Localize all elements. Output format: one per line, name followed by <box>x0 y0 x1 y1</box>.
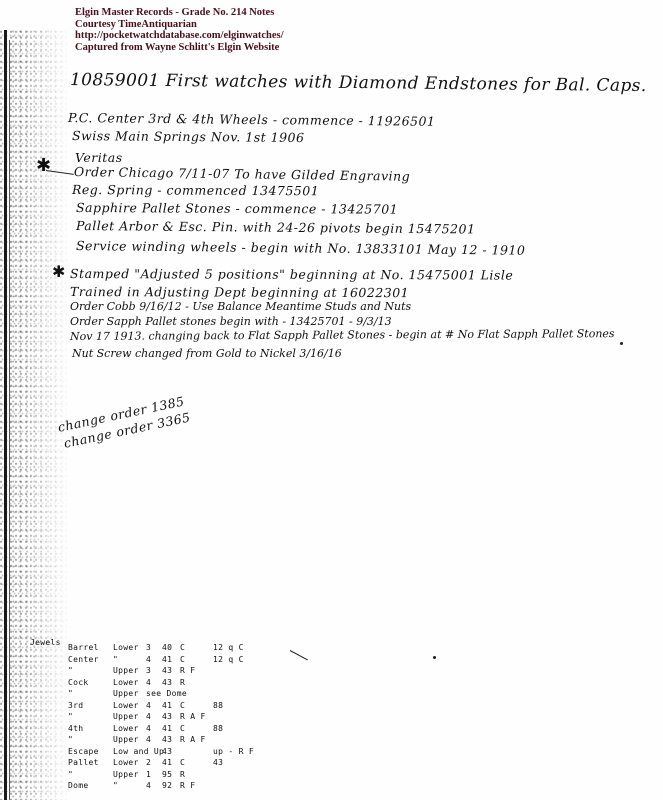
jewel-table-cell: Barrel <box>68 643 99 652</box>
note-line: Reg. Spring - commenced 13475501 <box>72 182 319 198</box>
jewel-table-cell: Dome <box>68 781 88 790</box>
note-line: Order Sapph Pallet stones begin with - 1… <box>70 315 392 328</box>
note-line: Sapphire Pallet Stones - commence - 1342… <box>76 200 398 217</box>
jewel-table-cell: R F <box>180 666 195 675</box>
document-header: Elgin Master Records - Grade No. 214 Not… <box>75 7 284 53</box>
header-source: Captured from Wayne Schlitt's Elgin Webs… <box>75 42 284 54</box>
jewel-table-cell: 43 <box>213 758 223 767</box>
jewel-table-cell: Lower <box>113 701 139 710</box>
jewel-table-cell: 4 <box>146 735 151 744</box>
jewel-table-cell: " <box>68 770 73 779</box>
jewel-table-cell: Upper <box>113 735 139 744</box>
jewel-table-cell: Lower <box>113 758 139 767</box>
jewel-table-cell: 92 <box>162 781 172 790</box>
jewel-table-cell: 12 q C <box>213 643 244 652</box>
jewel-table-cell: 3 <box>146 643 151 652</box>
jewel-table-cell: 41 <box>162 701 172 710</box>
jewel-table-cell: 4th <box>68 724 83 733</box>
jewel-table-cell: 95 <box>162 770 172 779</box>
jewel-table-cell: " <box>68 735 73 744</box>
jewel-table-cell: Upper <box>113 770 139 779</box>
jewel-table-cell: R A F <box>180 712 206 721</box>
jewel-table-cell: 40 <box>162 643 172 652</box>
jewel-table-cell: 12 q C <box>213 655 244 664</box>
jewel-table-cell: R F <box>180 781 195 790</box>
jewel-table-cell: C <box>180 701 185 710</box>
jewel-table-cell: 4 <box>146 712 151 721</box>
jewel-table-cell: 1 <box>146 770 151 779</box>
stray-dot <box>620 342 623 345</box>
jewel-table-cell: 4 <box>146 678 151 687</box>
header-url: http://pocketwatchdatabase.com/elginwatc… <box>75 30 284 42</box>
jewel-table-cell: Upper <box>113 712 139 721</box>
note-line: Order Chicago 7/11-07 To have Gilded Eng… <box>74 164 410 184</box>
asterisk-mark-icon: ✱ <box>36 155 51 176</box>
jewel-table-cell: 41 <box>162 655 172 664</box>
jewel-table-cell: " <box>113 655 118 664</box>
note-line: Stamped "Adjusted 5 positions" beginning… <box>70 266 513 283</box>
jewel-table-cell: see Dome <box>146 689 187 698</box>
jewel-table-cell: 3rd <box>68 701 83 710</box>
header-credit: Courtesy TimeAntiquarian <box>75 19 284 31</box>
jewel-table-cell: " <box>68 689 73 698</box>
jewel-table-cell: 43 <box>162 678 172 687</box>
jewel-table-cell: 41 <box>162 758 172 767</box>
note-line: Nov 17 1913. changing back to Flat Sapph… <box>70 327 615 343</box>
jewel-table-cell: Pallet <box>68 758 99 767</box>
note-line: Pallet Arbor & Esc. Pin. with 24-26 pivo… <box>76 218 476 236</box>
jewel-table-cell: 88 <box>213 701 223 710</box>
note-line: Swiss Main Springs Nov. 1st 1906 <box>72 128 305 145</box>
record-title: 10859001 First watches with Diamond Ends… <box>70 70 647 96</box>
jewel-table-cell: Lower <box>113 643 139 652</box>
note-line: Nut Screw changed from Gold to Nickel 3/… <box>72 347 342 360</box>
jewel-table-cell: Lower <box>113 724 139 733</box>
jewel-table-cell: Upper <box>113 689 139 698</box>
jewel-table-cell: " <box>68 666 73 675</box>
stray-mark <box>290 650 308 660</box>
note-line: Veritas <box>75 150 123 165</box>
jewel-table-cell: 41 <box>162 724 172 733</box>
jewel-table-cell: " <box>68 712 73 721</box>
scan-noise-edge <box>0 30 70 800</box>
jewel-table-label: Jewels <box>30 638 61 647</box>
jewel-table-cell: 2 <box>146 758 151 767</box>
note-line: Service winding wheels - begin with No. … <box>76 238 526 258</box>
binding-edge-line-secondary <box>9 40 10 800</box>
jewel-table-cell: 88 <box>213 724 223 733</box>
jewel-table-cell: 4 <box>146 781 151 790</box>
jewel-table-cell: 4 <box>146 701 151 710</box>
jewel-table-cell: C <box>180 655 185 664</box>
asterisk-mark-icon: ✱ <box>52 262 65 281</box>
jewel-table-cell: R <box>180 678 185 687</box>
jewel-table-cell: 43 <box>162 666 172 675</box>
jewel-table-cell: Escape <box>68 747 99 756</box>
jewel-table-cell: 4 <box>146 724 151 733</box>
header-title: Elgin Master Records - Grade No. 214 Not… <box>75 7 284 19</box>
jewel-table-cell: C <box>180 724 185 733</box>
jewel-table-cell: 4 <box>146 655 151 664</box>
jewel-table-cell: 43 <box>162 735 172 744</box>
jewel-table-cell: Upper <box>113 666 139 675</box>
scanned-document-page: Elgin Master Records - Grade No. 214 Not… <box>0 0 663 800</box>
jewel-table-cell: Lower <box>113 678 139 687</box>
jewel-table-cell: R <box>180 770 185 779</box>
jewel-table-cell: " <box>113 781 118 790</box>
note-line: Order Cobb 9/16/12 - Use Balance Meantim… <box>70 300 411 313</box>
jewel-table-cell: Cock <box>68 678 88 687</box>
binding-edge-line <box>4 30 7 800</box>
jewel-table-cell: C <box>180 643 185 652</box>
jewel-table-cell: Low and Up <box>113 747 164 756</box>
jewel-table-cell: Center <box>68 655 99 664</box>
stray-dot <box>433 656 436 659</box>
jewel-table-cell: 43 <box>162 712 172 721</box>
jewel-table-cell: R A F <box>180 735 206 744</box>
jewel-table-cell: 43 <box>162 747 172 756</box>
note-line: P.C. Center 3rd & 4th Wheels - commence … <box>68 110 436 129</box>
note-line: Trained in Adjusting Dept beginning at 1… <box>70 284 409 300</box>
jewel-table-cell: C <box>180 758 185 767</box>
jewel-table-cell: up - R F <box>213 747 254 756</box>
jewel-table-cell: 3 <box>146 666 151 675</box>
